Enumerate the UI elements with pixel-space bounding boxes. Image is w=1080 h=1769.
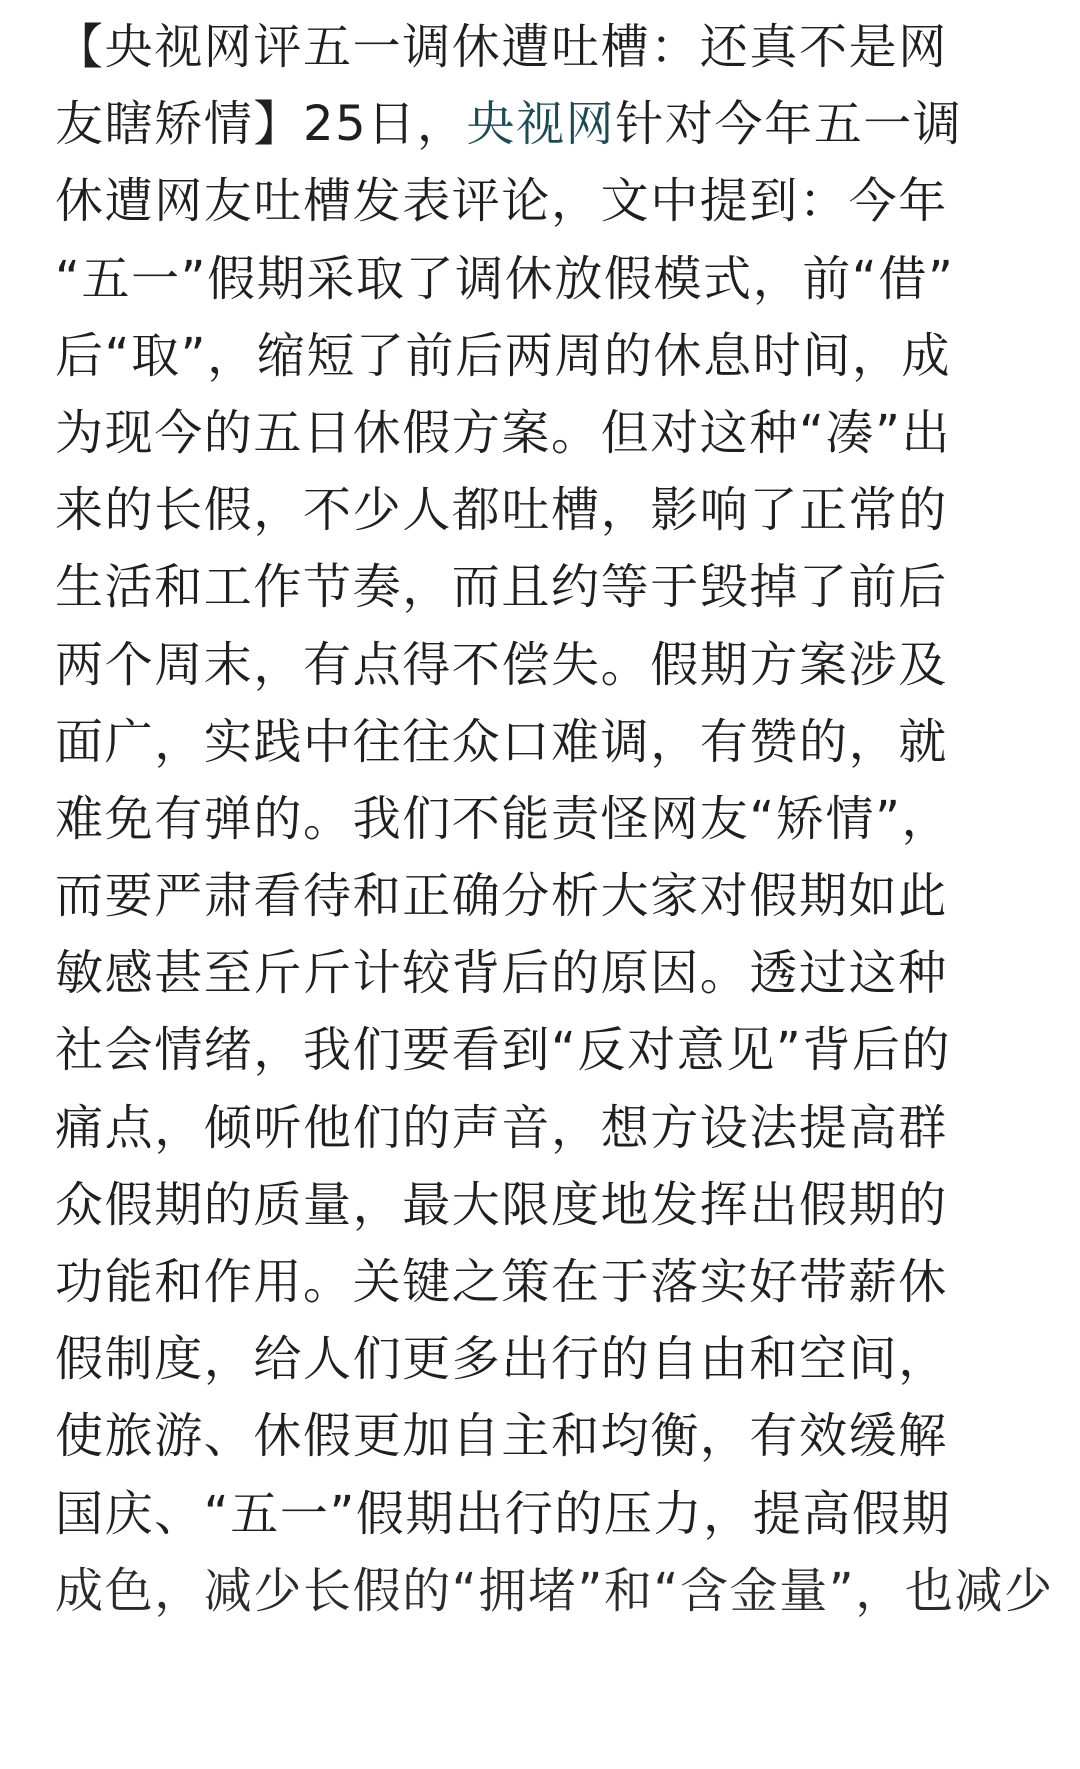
article-line-21-clipped: 成色，减少长假的“拥堵”和“含金量”，也减少 [55, 1553, 915, 1630]
article-line-8: 生活和工作节奏，而且约等于毁掉了前后 [55, 549, 915, 626]
article-body: 【央视网评五一调休遭吐槽：还真不是网 友瞎矫情】25日，央视网针对今年五一调 休… [55, 9, 915, 1630]
article-line-7: 来的长假，不少人都吐槽，影响了正常的 [55, 472, 915, 549]
article-line-19: 使旅游、休假更加自主和均衡，有效缓解 [55, 1398, 915, 1475]
article-line-13: 敏感甚至斤斤计较背后的原因。透过这种 [55, 935, 915, 1012]
article-line-17: 功能和作用。关键之策在于落实好带薪休 [55, 1244, 915, 1321]
article-line-18: 假制度，给人们更多出行的自由和空间， [55, 1321, 915, 1398]
article-line-9: 两个周末，有点得不偿失。假期方案涉及 [55, 627, 915, 704]
article-line-3: 休遭网友吐槽发表评论，文中提到：今年 [55, 163, 915, 240]
cctv-link[interactable]: 央视网 [466, 96, 615, 152]
article-line-4: “五一”假期采取了调休放假模式，前“借” [55, 241, 915, 318]
article-line-10: 面广，实践中往往众口难调，有赞的，就 [55, 704, 915, 781]
article-line-14: 社会情绪，我们要看到“反对意见”背后的 [55, 1012, 915, 1089]
text-segment: 友瞎矫情】25日， [55, 96, 466, 152]
article-line-11: 难免有弹的。我们不能责怪网友“矫情”， [55, 781, 915, 858]
article-line-1: 【央视网评五一调休遭吐槽：还真不是网 [55, 9, 915, 86]
article-line-12: 而要严肃看待和正确分析大家对假期如此 [55, 858, 915, 935]
article-line-20: 国庆、“五一”假期出行的压力，提高假期 [55, 1476, 915, 1553]
article-line-5: 后“取”，缩短了前后两周的休息时间，成 [55, 318, 915, 395]
headline-text: 【央视网评五一调休遭吐槽：还真不是网 [55, 19, 948, 75]
text-segment: 针对今年五一调 [615, 96, 962, 152]
article-line-16: 众假期的质量，最大限度地发挥出假期的 [55, 1167, 915, 1244]
article-line-15: 痛点，倾听他们的声音，想方设法提高群 [55, 1090, 915, 1167]
article-line-2: 友瞎矫情】25日，央视网针对今年五一调 [55, 86, 915, 163]
article-line-6: 为现今的五日休假方案。但对这种“凑”出 [55, 395, 915, 472]
